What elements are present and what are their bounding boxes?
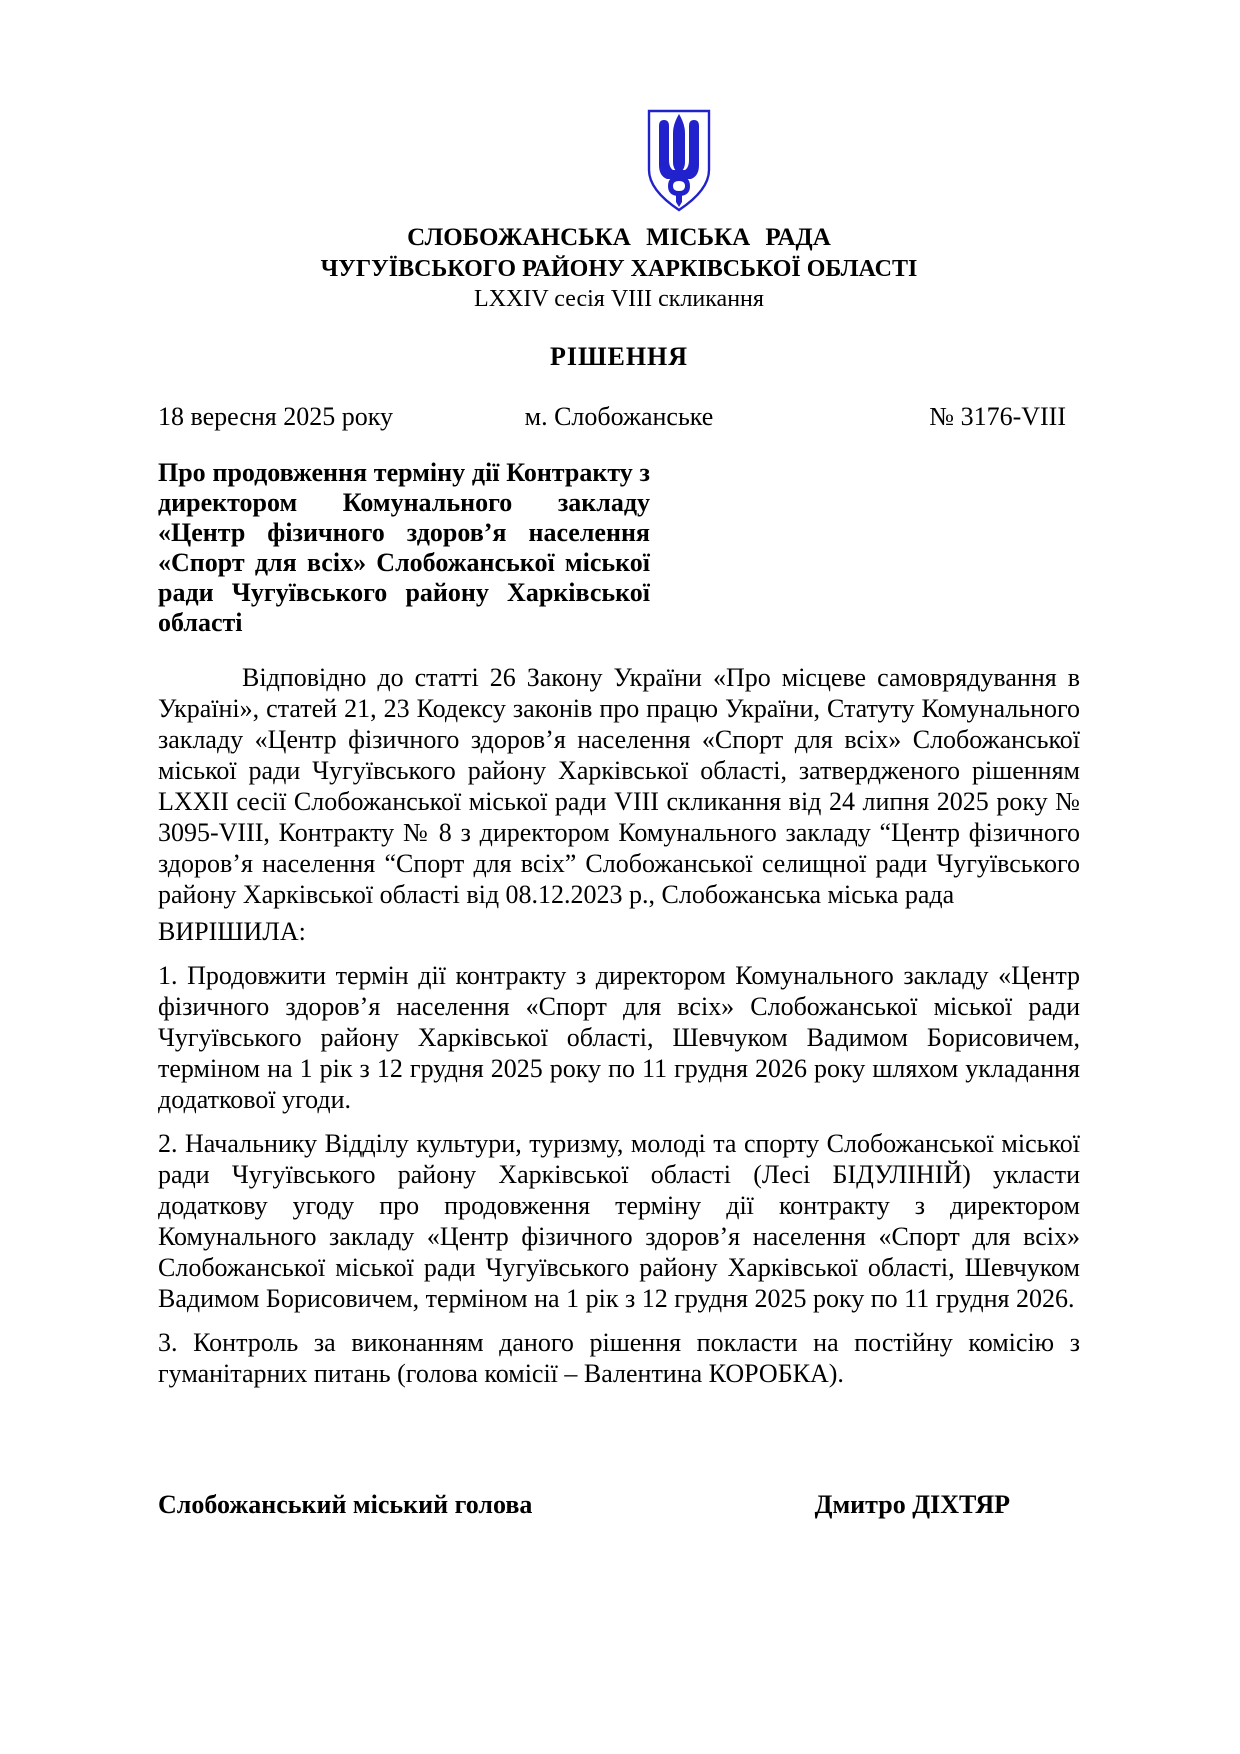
signature-position: Слобожанський міський голова <box>158 1491 532 1520</box>
document-place: м. Слобожанське <box>525 403 714 432</box>
document-meta-row: 18 вересня 2025 року м. Слобожанське № 3… <box>158 403 1080 432</box>
signature-row: Слобожанський міський голова Дмитро ДІХТ… <box>158 1491 1080 1520</box>
session-line: LXXIV сесія VIII скликання <box>158 286 1080 313</box>
document-date: 18 вересня 2025 року <box>158 403 393 432</box>
document-preamble: Відповідно до статті 26 Закону України «… <box>158 662 1080 910</box>
document-subject: Про продовження терміну дії Контракту з … <box>158 458 650 638</box>
document-number: № 3176-VIII <box>929 403 1080 432</box>
emblem-trident <box>659 114 699 207</box>
resolution-item-3: 3. Контроль за виконанням даного рішення… <box>158 1327 1080 1389</box>
council-name: СЛОБОЖАНСЬКА МІСЬКА РАДА <box>158 224 1080 252</box>
resolution-item-1: 1. Продовжити термін дії контракту з дир… <box>158 960 1080 1115</box>
resolution-item-2: 2. Начальнику Відділу культури, туризму,… <box>158 1128 1080 1314</box>
document-page: СЛОБОЖАНСЬКА МІСЬКА РАДА ЧУГУЇВСЬКОГО РА… <box>0 0 1240 1754</box>
ukraine-coat-of-arms-icon <box>644 108 714 214</box>
signature-name: Дмитро ДІХТЯР <box>815 1491 1080 1520</box>
district-name: ЧУГУЇВСЬКОГО РАЙОНУ ХАРКІВСЬКОЇ ОБЛАСТІ <box>158 256 1080 283</box>
document-type-title: РІШЕННЯ <box>158 343 1080 372</box>
resolved-label: ВИРІШИЛА: <box>158 916 1080 947</box>
document-header: СЛОБОЖАНСЬКА МІСЬКА РАДА ЧУГУЇВСЬКОГО РА… <box>158 108 1080 313</box>
